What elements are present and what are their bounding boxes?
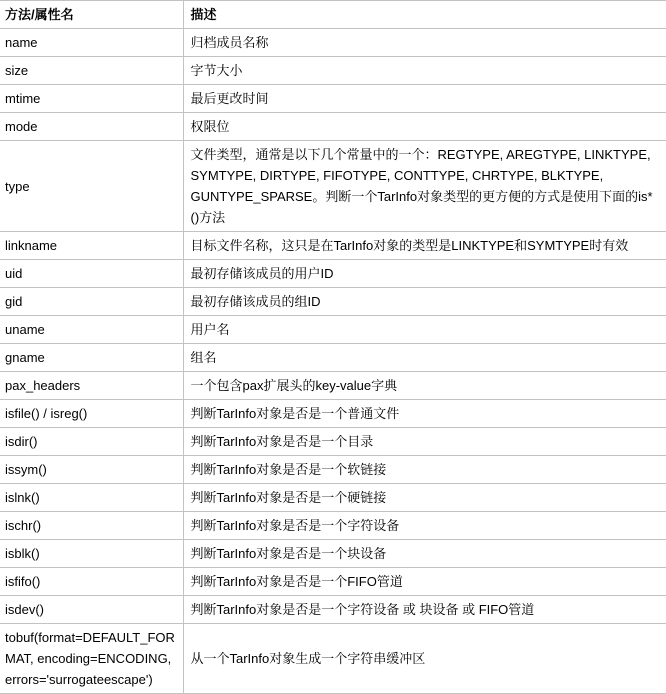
- table-row: mode权限位: [0, 113, 666, 141]
- description-cell: 用户名: [183, 316, 666, 344]
- description-cell: 最后更改时间: [183, 85, 666, 113]
- method-name-cell: isdir(): [0, 428, 183, 456]
- description-cell: 判断TarInfo对象是否是一个FIFO管道: [183, 568, 666, 596]
- method-name-cell: uname: [0, 316, 183, 344]
- method-name-cell: isfile() / isreg(): [0, 400, 183, 428]
- method-name-cell: type: [0, 141, 183, 232]
- method-name-cell: gid: [0, 288, 183, 316]
- description-cell: 判断TarInfo对象是否是一个块设备: [183, 540, 666, 568]
- method-name-cell: isfifo(): [0, 568, 183, 596]
- method-name-cell: mode: [0, 113, 183, 141]
- description-cell: 目标文件名称，这只是在TarInfo对象的类型是LINKTYPE和SYMTYPE…: [183, 232, 666, 260]
- description-cell: 最初存储该成员的组ID: [183, 288, 666, 316]
- table-row: isdir()判断TarInfo对象是否是一个目录: [0, 428, 666, 456]
- table-row: isfile() / isreg()判断TarInfo对象是否是一个普通文件: [0, 400, 666, 428]
- description-cell: 判断TarInfo对象是否是一个目录: [183, 428, 666, 456]
- method-name-cell: isblk(): [0, 540, 183, 568]
- description-cell: 判断TarInfo对象是否是一个硬链接: [183, 484, 666, 512]
- method-name-cell: ischr(): [0, 512, 183, 540]
- method-name-cell: uid: [0, 260, 183, 288]
- method-name-cell: islnk(): [0, 484, 183, 512]
- table-row: isfifo()判断TarInfo对象是否是一个FIFO管道: [0, 568, 666, 596]
- table-row: isblk()判断TarInfo对象是否是一个块设备: [0, 540, 666, 568]
- table-row: name归档成员名称: [0, 29, 666, 57]
- table-row: issym()判断TarInfo对象是否是一个软链接: [0, 456, 666, 484]
- method-name-cell: pax_headers: [0, 372, 183, 400]
- description-cell: 判断TarInfo对象是否是一个普通文件: [183, 400, 666, 428]
- method-name-cell: name: [0, 29, 183, 57]
- description-cell: 文件类型，通常是以下几个常量中的一个：REGTYPE, AREGTYPE, LI…: [183, 141, 666, 232]
- description-cell: 字节大小: [183, 57, 666, 85]
- table-row: linkname目标文件名称，这只是在TarInfo对象的类型是LINKTYPE…: [0, 232, 666, 260]
- method-name-cell: mtime: [0, 85, 183, 113]
- description-cell: 从一个TarInfo对象生成一个字符串缓冲区: [183, 624, 666, 694]
- table-row: islnk()判断TarInfo对象是否是一个硬链接: [0, 484, 666, 512]
- table-row: type文件类型，通常是以下几个常量中的一个：REGTYPE, AREGTYPE…: [0, 141, 666, 232]
- method-name-cell: gname: [0, 344, 183, 372]
- table-row: tobuf(format=DEFAULT_FORMAT, encoding=EN…: [0, 624, 666, 694]
- description-cell: 判断TarInfo对象是否是一个字符设备: [183, 512, 666, 540]
- table-row: gname组名: [0, 344, 666, 372]
- description-cell: 组名: [183, 344, 666, 372]
- table-row: pax_headers一个包含pax扩展头的key-value字典: [0, 372, 666, 400]
- tarinfo-attributes-table: 方法/属性名 描述 name归档成员名称size字节大小mtime最后更改时间m…: [0, 0, 666, 694]
- header-row: 方法/属性名 描述: [0, 1, 666, 29]
- column-header-description: 描述: [183, 1, 666, 29]
- table-row: uname用户名: [0, 316, 666, 344]
- method-name-cell: issym(): [0, 456, 183, 484]
- method-name-cell: linkname: [0, 232, 183, 260]
- description-cell: 判断TarInfo对象是否是一个软链接: [183, 456, 666, 484]
- table-row: isdev()判断TarInfo对象是否是一个字符设备 或 块设备 或 FIFO…: [0, 596, 666, 624]
- table-row: gid最初存储该成员的组ID: [0, 288, 666, 316]
- table-row: mtime最后更改时间: [0, 85, 666, 113]
- description-cell: 权限位: [183, 113, 666, 141]
- column-header-method: 方法/属性名: [0, 1, 183, 29]
- method-name-cell: size: [0, 57, 183, 85]
- method-name-cell: isdev(): [0, 596, 183, 624]
- description-cell: 一个包含pax扩展头的key-value字典: [183, 372, 666, 400]
- description-cell: 最初存储该成员的用户ID: [183, 260, 666, 288]
- table-body: name归档成员名称size字节大小mtime最后更改时间mode权限位type…: [0, 29, 666, 694]
- description-cell: 判断TarInfo对象是否是一个字符设备 或 块设备 或 FIFO管道: [183, 596, 666, 624]
- table-row: size字节大小: [0, 57, 666, 85]
- table-row: uid最初存储该成员的用户ID: [0, 260, 666, 288]
- description-cell: 归档成员名称: [183, 29, 666, 57]
- table-row: ischr()判断TarInfo对象是否是一个字符设备: [0, 512, 666, 540]
- method-name-cell: tobuf(format=DEFAULT_FORMAT, encoding=EN…: [0, 624, 183, 694]
- table-header: 方法/属性名 描述: [0, 1, 666, 29]
